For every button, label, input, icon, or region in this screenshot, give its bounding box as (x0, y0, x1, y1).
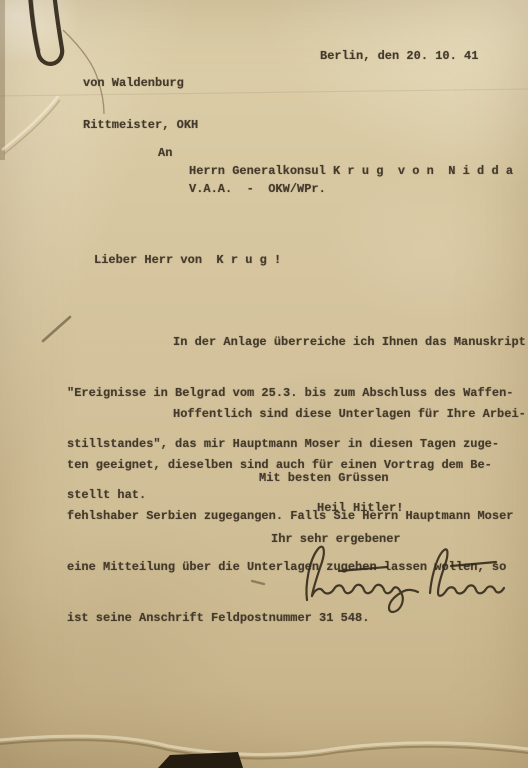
salutation: Lieber Herr von K r u g ! (94, 252, 281, 269)
paragraph-2: Hoffentlich sind diese Unterlagen für Ih… (67, 372, 526, 661)
recipient-name: Herrn Generalkonsul K r u g v o n N i d … (189, 163, 513, 180)
paperclip-icon (15, 0, 81, 91)
dateline: Berlin, den 20. 10. 41 (320, 48, 478, 65)
pencil-dash (252, 581, 264, 584)
pencil-mark (43, 317, 70, 341)
letter-photo: von Waldenburg Rittmeister, OKH Berlin, … (0, 0, 528, 768)
page-edge-shadow (0, 0, 5, 160)
crease-shadow (4, 100, 60, 154)
faint-horizontal-crease (0, 89, 528, 96)
sender-block: von Waldenburg Rittmeister, OKH (83, 48, 198, 160)
bottom-fold-highlight (0, 736, 528, 754)
paragraph-line: In der Anlage überreiche ich Ihnen das M… (67, 334, 526, 351)
bottom-edge-gap-shadow (158, 752, 243, 768)
signature-strokes (306, 547, 504, 612)
signature-ink (238, 540, 518, 615)
recipient-intro: An (158, 145, 172, 162)
paragraph-line: fehlshaber Serbien zugegangen. Falls Sie… (67, 508, 526, 525)
sender-name: von Waldenburg (83, 76, 198, 90)
crease-highlight (2, 96, 58, 150)
paragraph-line: Hoffentlich sind diese Unterlagen für Ih… (67, 406, 526, 423)
closing-regards: Mit besten Grüssen (259, 470, 389, 487)
sender-rank: Rittmeister, OKH (83, 118, 198, 132)
recipient-unit: V.A.A. - OKW/WPr. (189, 181, 326, 198)
closing-salute: Heil Hitler! (317, 500, 403, 517)
paperclip-wire (29, 0, 63, 65)
